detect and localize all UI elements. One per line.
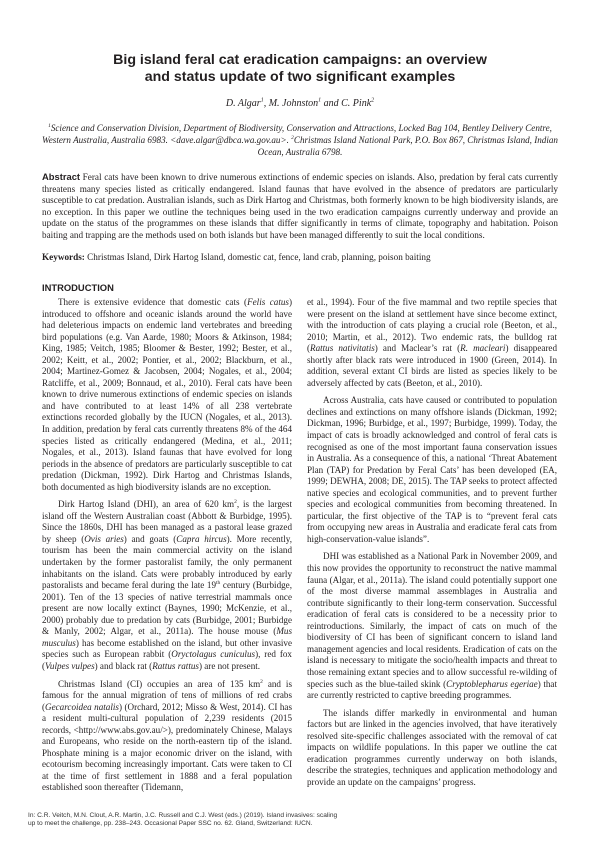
author-list: D. Algar1, M. Johnston1 and C. Pink2 (40, 98, 560, 110)
abstract-label: Abstract (42, 171, 80, 182)
paragraph: Dirk Hartog Island (DHI), an area of 620… (42, 499, 292, 672)
paragraph: DHI was established as a National Park i… (307, 551, 557, 701)
paragraph: Christmas Island (CI) occupies an area o… (42, 679, 292, 794)
text-run: DHI was established as a National Park i… (307, 551, 557, 688)
species-name: R. macleari (460, 343, 505, 353)
species-name: Rattus rattus (152, 661, 199, 671)
text-run: There is extensive evidence that domesti… (58, 297, 247, 307)
text-run: ) and goats ( (124, 534, 176, 544)
text-run: ) (Orchard, 2012; Misso & West, 2014). C… (42, 702, 292, 793)
citation-line-2: up to meet the challenge, pp. 238–243. O… (28, 820, 312, 827)
left-column: There is extensive evidence that domesti… (42, 297, 292, 800)
text-run: ) and black rat ( (95, 661, 153, 671)
right-column: et al., 1994). Four of the five mammal a… (307, 297, 557, 794)
title-line-2: and status update of two significant exa… (145, 69, 456, 85)
species-name: Oryctolagus cuniculus (171, 649, 255, 659)
species-name: Capra hircus (176, 534, 226, 544)
species-name: Felis catus (247, 297, 289, 307)
author-name: M. Johnston (269, 98, 318, 109)
paper-page: Big island feral cat eradication campaig… (0, 0, 600, 849)
text-run: Dirk Hartog Island (DHI), an area of 620… (58, 499, 234, 509)
author-name: C. Pink (341, 98, 371, 109)
text-run: ) introduced to offshore and oceanic isl… (42, 297, 292, 492)
text-run: ) are not present. (199, 661, 260, 671)
species-name: Gecarcoidea natalis (45, 702, 119, 712)
abstract-text: Feral cats have been known to drive nume… (42, 172, 558, 240)
paragraph: There is extensive evidence that domesti… (42, 297, 292, 493)
paper-title: Big island feral cat eradication campaig… (40, 52, 560, 86)
species-name: Rattus nativitatis (310, 343, 375, 353)
keywords-text: Christmas Island, Dirk Hartog Island, do… (85, 252, 431, 262)
species-name: Ovis aries (84, 534, 124, 544)
species-name: Vulpes vulpes (45, 661, 95, 671)
section-heading-introduction: INTRODUCTION (42, 282, 114, 293)
abstract: Abstract Feral cats have been known to d… (42, 171, 558, 241)
paragraph: et al., 1994). Four of the five mammal a… (307, 297, 557, 389)
text-run: ) and Maclear’s rat ( (375, 343, 460, 353)
species-name: Cryptoblepharus egeriae (446, 679, 538, 689)
title-line-1: Big island feral cat eradication campaig… (113, 52, 487, 68)
keywords: Keywords: Christmas Island, Dirk Hartog … (42, 252, 558, 264)
author-separator: and (321, 98, 341, 109)
author-affiliation-marker: 2 (371, 98, 374, 104)
paragraph: Across Australia, cats have caused or co… (307, 395, 557, 545)
affiliations: 1Science and Conservation Division, Depa… (36, 122, 564, 158)
keywords-label: Keywords: (42, 252, 85, 262)
paragraph: The islands differ markedly in environme… (307, 708, 557, 789)
citation-footer: In: C.R. Veitch, M.N. Clout, A.R. Martin… (28, 812, 488, 829)
author-name: D. Algar (226, 98, 261, 109)
affiliation-text: Christmas Island National Park, P.O. Box… (258, 135, 558, 157)
citation-line-1: In: C.R. Veitch, M.N. Clout, A.R. Martin… (28, 812, 337, 819)
text-run: Christmas Island (CI) occupies an area o… (58, 679, 260, 689)
